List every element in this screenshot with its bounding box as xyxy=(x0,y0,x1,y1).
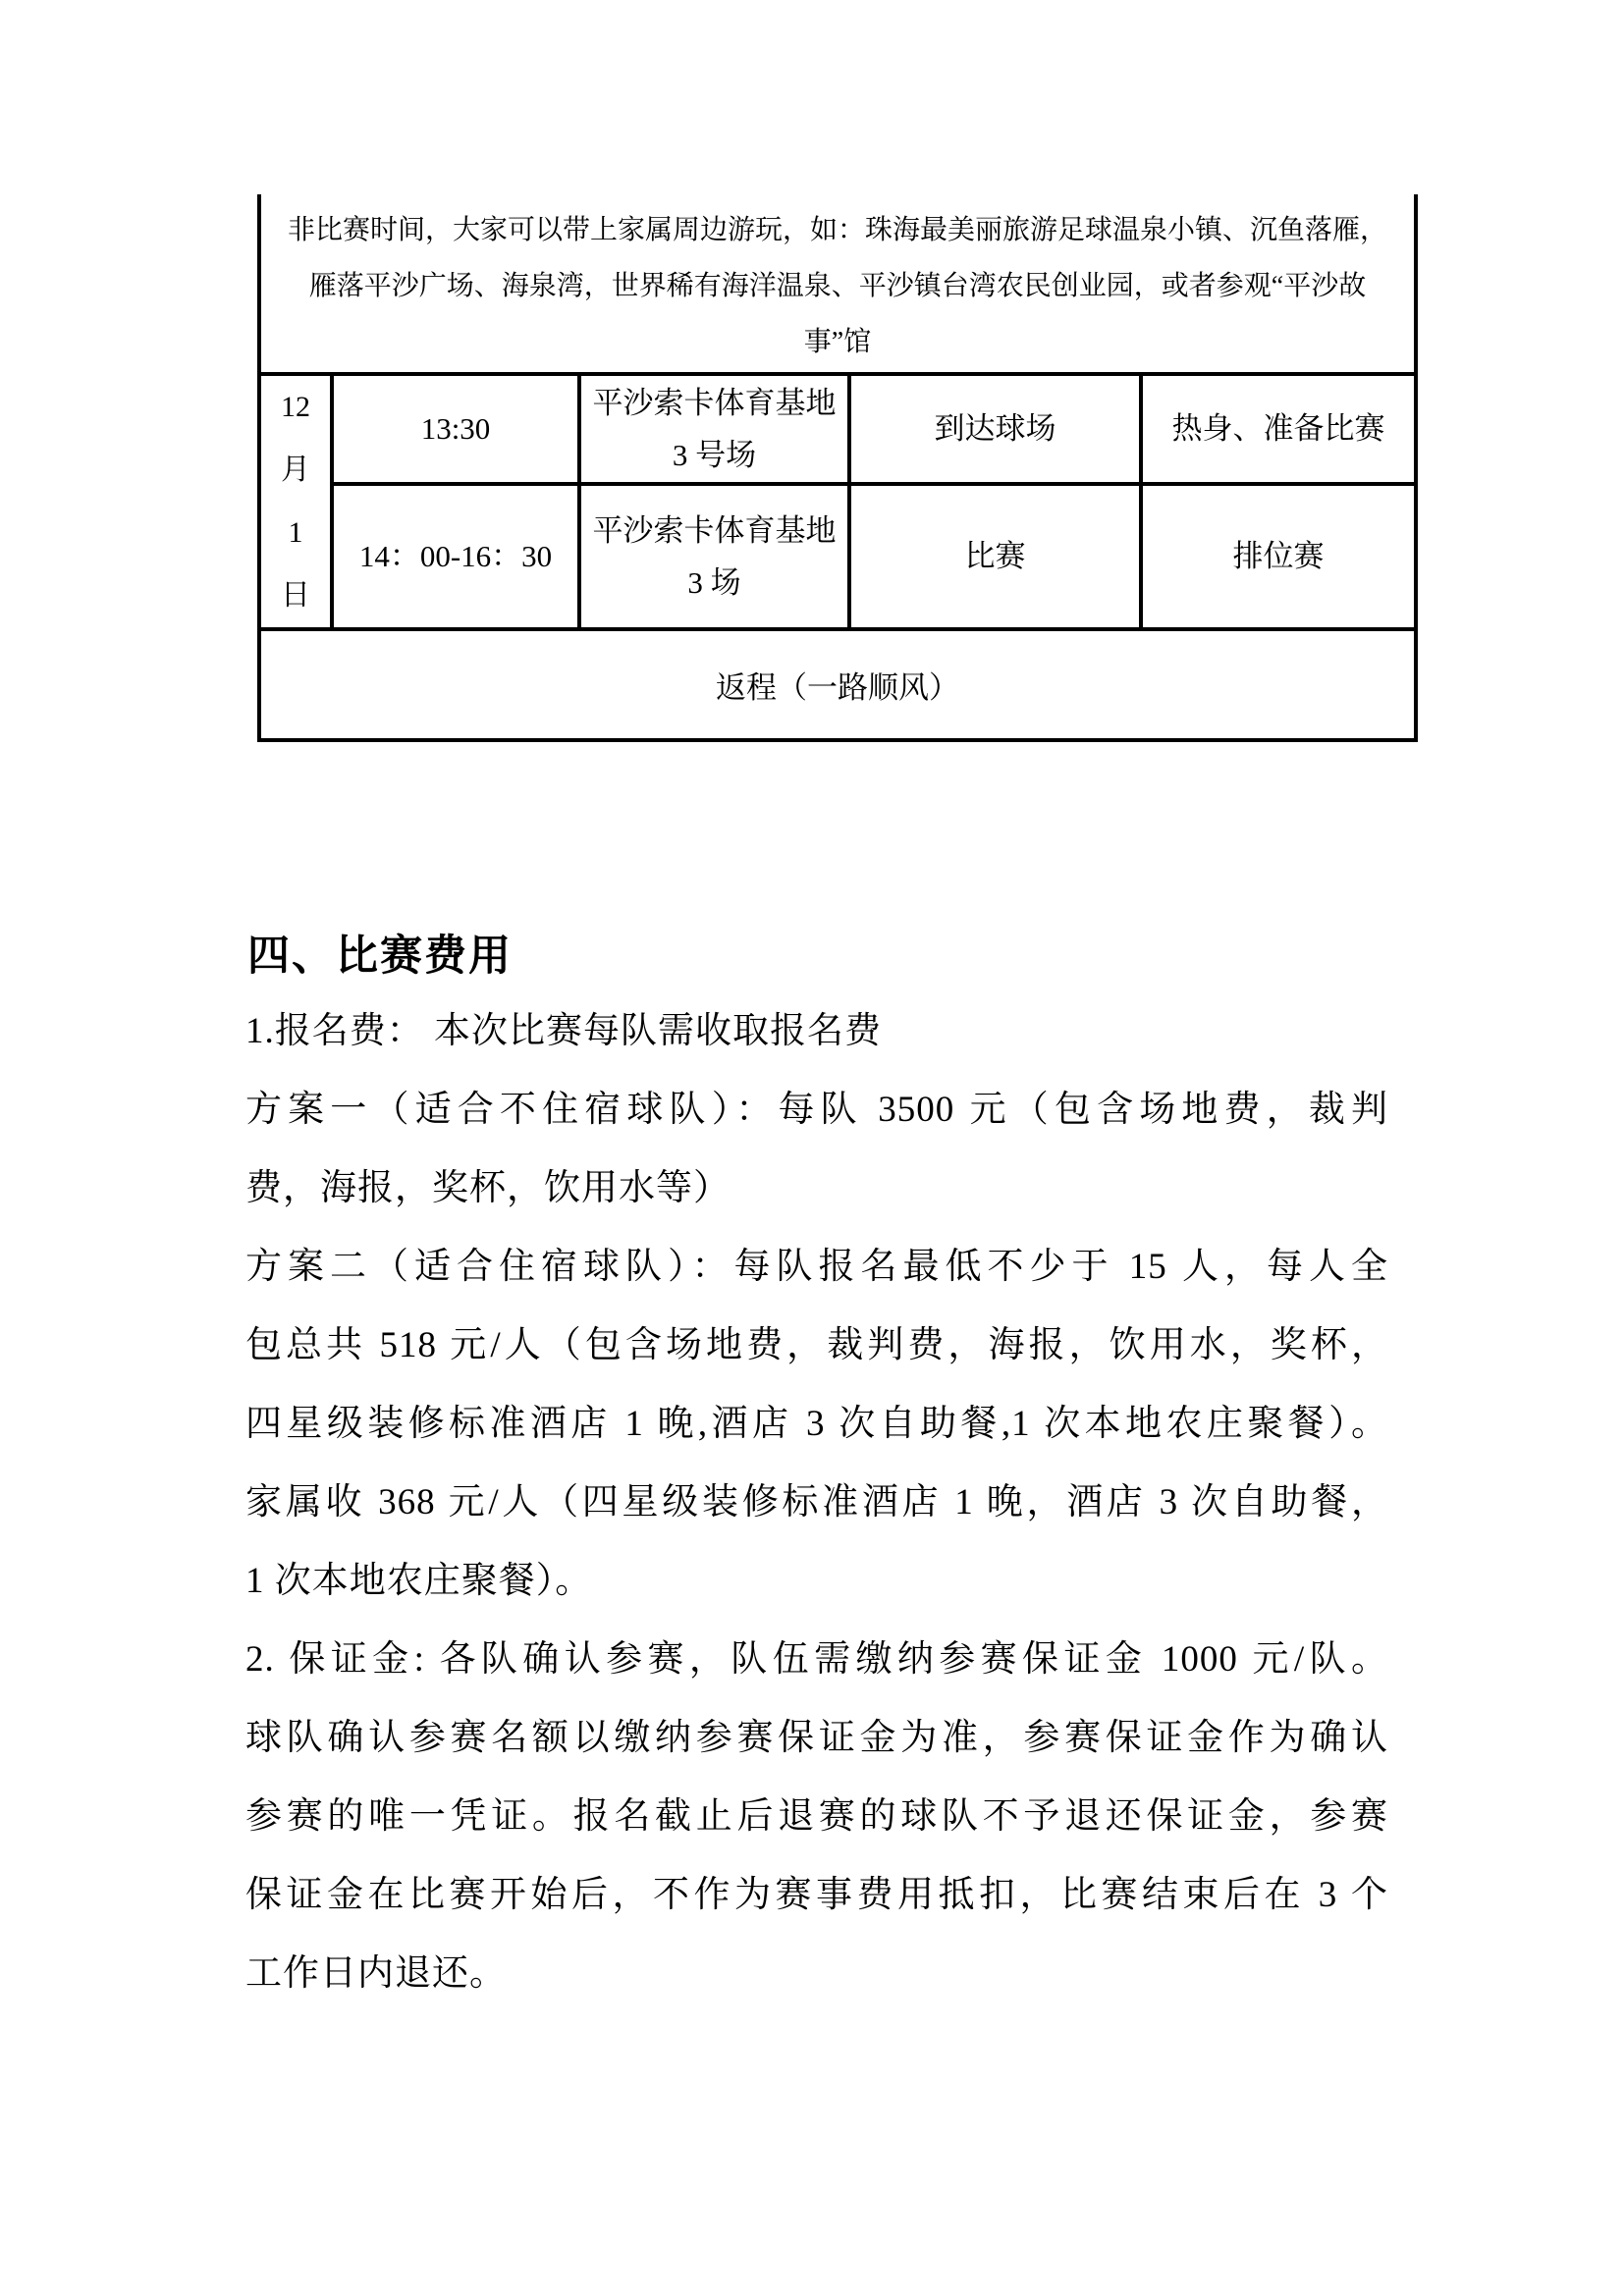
venue-cell: 平沙索卡体育基地 3 号场 xyxy=(579,374,849,484)
body-line: 保证金在比赛开始后，不作为赛事费用抵扣，比赛结束后在 3 个 xyxy=(245,1856,1388,1935)
venue-line: 3 号场 xyxy=(587,429,841,481)
time-cell: 14：00-16：30 xyxy=(332,484,579,629)
body-line: 工作日内退还。 xyxy=(245,1935,1388,2013)
continued-note-cell: 非比赛时间，大家可以带上家属周边游玩，如：珠海最美丽旅游足球温泉小镇、沉鱼落雁，… xyxy=(259,194,1416,374)
body-line: 包总共 518 元/人（包含场地费，裁判费，海报，饮用水，奖杯， xyxy=(245,1307,1388,1385)
venue-line: 3 场 xyxy=(587,557,841,609)
time-cell: 13:30 xyxy=(332,374,579,484)
table-row: 14：00-16：30 平沙索卡体育基地 3 场 比赛 排位赛 xyxy=(259,484,1416,629)
body-line: 四星级装修标准酒店 1 晚,酒店 3 次自助餐,1 次本地农庄聚餐）。 xyxy=(245,1385,1388,1464)
venue-line: 平沙索卡体育基地 xyxy=(587,377,841,429)
return-trip-cell: 返程（一路顺风） xyxy=(259,629,1416,740)
table-row: 12 月 1 日 13:30 平沙索卡体育基地 3 号场 到达球场 热身、准备比… xyxy=(259,374,1416,484)
activity-cell: 比赛 xyxy=(849,484,1141,629)
body-line: 1 次本地农庄聚餐）。 xyxy=(245,1542,1388,1621)
body-line: 方案一（适合不住宿球队）：每队 3500 元（包含场地费，裁判 xyxy=(245,1071,1388,1149)
body-line: 球队确认参赛名额以缴纳参赛保证金为准，参赛保证金作为确认 xyxy=(245,1699,1388,1778)
body-line: 1.报名费： 本次比赛每队需收取报名费 xyxy=(245,992,1388,1071)
section-heading: 四、比赛费用 xyxy=(247,933,513,980)
date-char: 12 xyxy=(261,376,330,439)
body-line: 费，海报，奖杯，饮用水等） xyxy=(245,1149,1388,1228)
body-line: 2. 保证金: 各队确认参赛，队伍需缴纳参赛保证金 1000 元/队。 xyxy=(245,1621,1388,1699)
activity-cell: 到达球场 xyxy=(849,374,1141,484)
body-line: 方案二（适合住宿球队）：每队报名最低不少于 15 人，每人全 xyxy=(245,1228,1388,1307)
body-line: 家属收 368 元/人（四星级装修标准酒店 1 晚，酒店 3 次自助餐， xyxy=(245,1464,1388,1542)
date-char: 1 xyxy=(261,502,330,564)
remark-cell: 排位赛 xyxy=(1141,484,1416,629)
venue-line: 平沙索卡体育基地 xyxy=(587,505,841,557)
section-body: 1.报名费： 本次比赛每队需收取报名费 方案一（适合不住宿球队）：每队 3500… xyxy=(245,992,1388,2013)
body-line: 参赛的唯一凭证。报名截止后退赛的球队不予退还保证金，参赛 xyxy=(245,1778,1388,1856)
schedule-table: 非比赛时间，大家可以带上家属周边游玩，如：珠海最美丽旅游足球温泉小镇、沉鱼落雁，… xyxy=(257,194,1418,742)
date-cell: 12 月 1 日 xyxy=(259,374,332,629)
date-char: 日 xyxy=(261,564,330,627)
remark-cell: 热身、准备比赛 xyxy=(1141,374,1416,484)
table-row-continued-note: 非比赛时间，大家可以带上家属周边游玩，如：珠海最美丽旅游足球温泉小镇、沉鱼落雁，… xyxy=(259,194,1416,374)
document-page: 非比赛时间，大家可以带上家属周边游玩，如：珠海最美丽旅游足球温泉小镇、沉鱼落雁，… xyxy=(0,0,1624,2296)
table-row-footer: 返程（一路顺风） xyxy=(259,629,1416,740)
date-char: 月 xyxy=(261,439,330,502)
venue-cell: 平沙索卡体育基地 3 场 xyxy=(579,484,849,629)
